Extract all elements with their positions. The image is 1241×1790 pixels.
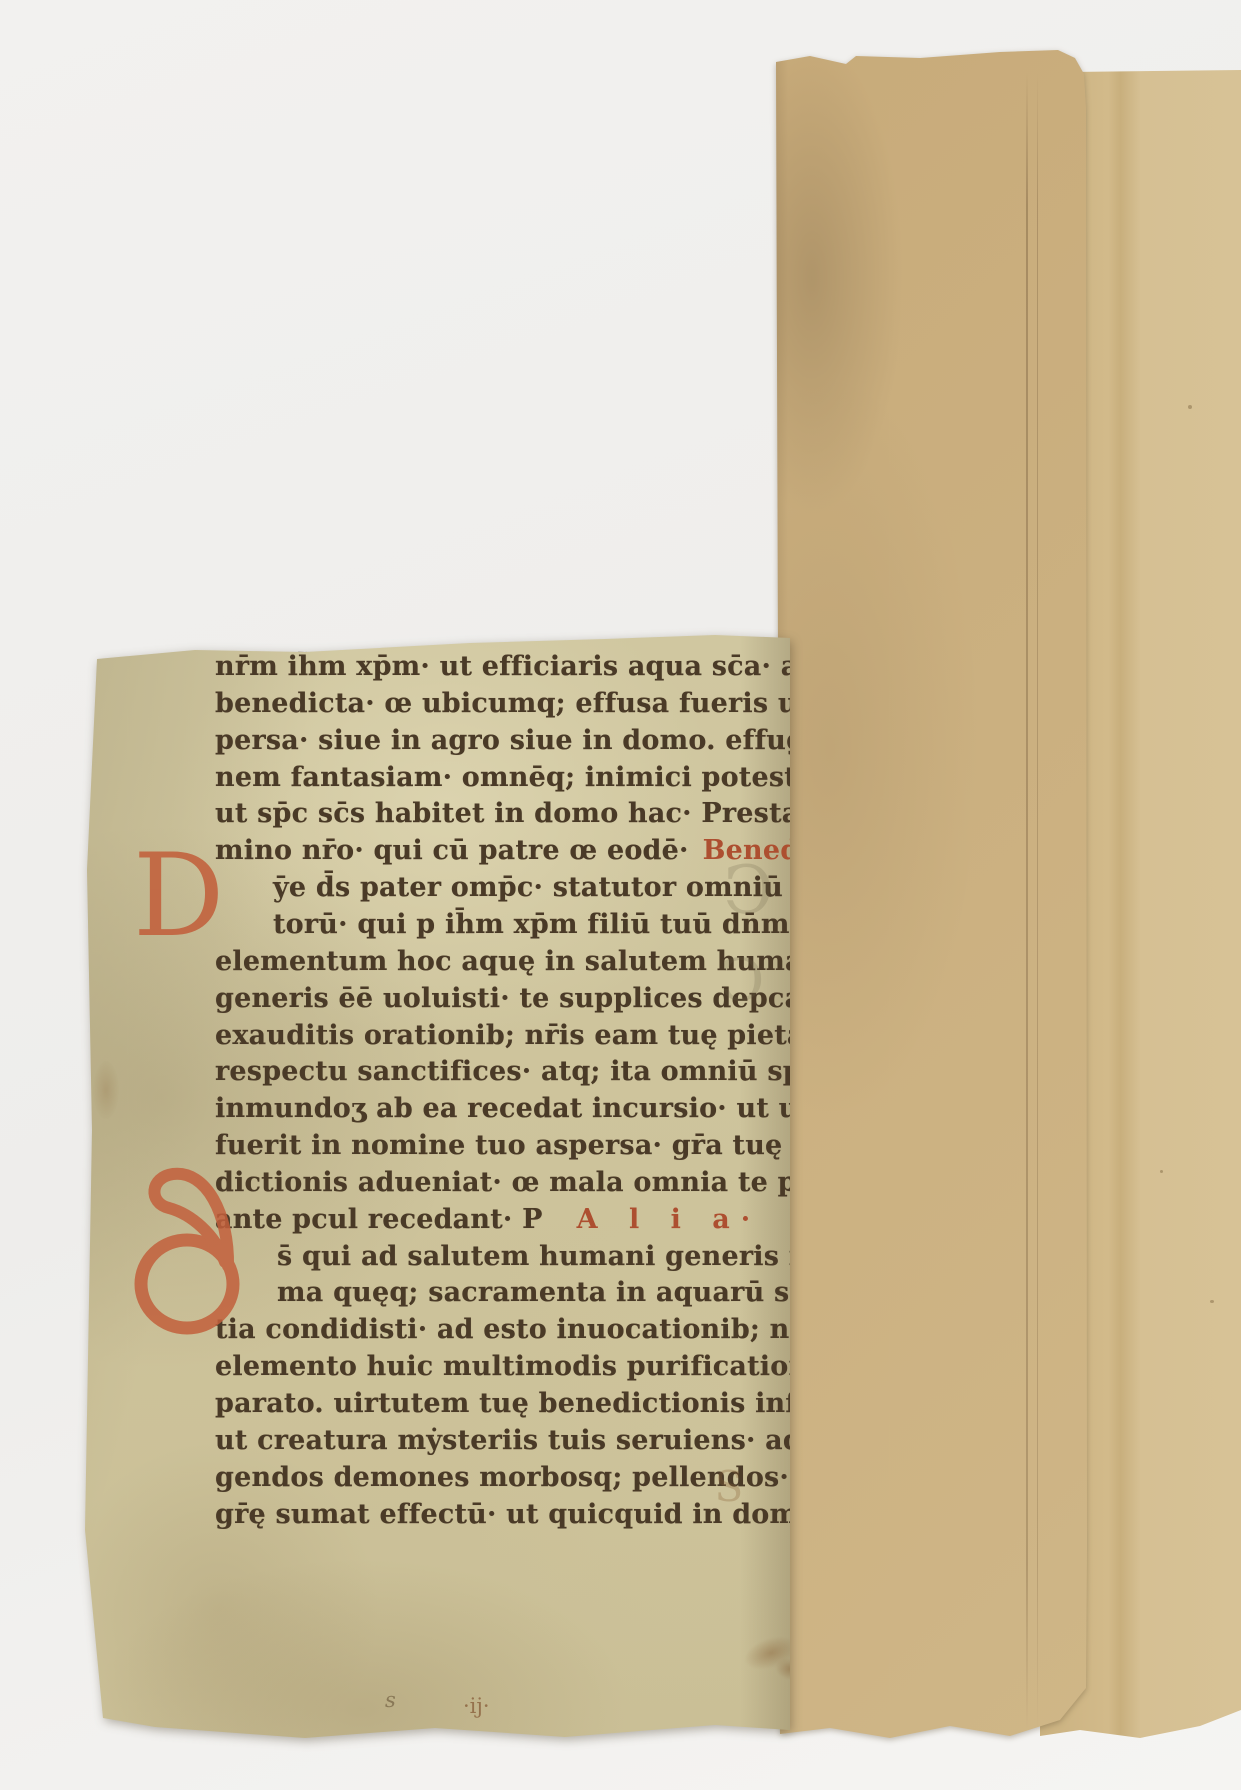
text-line: nr̄m ih̄m xp̄m· ut efficiaris aqua sc̄a·…	[215, 652, 855, 682]
text-line: parato. uirtutem tuę benedictionis infun…	[215, 1389, 883, 1419]
line-text: s̄ qui ad salutem humani generis maxi	[277, 1241, 862, 1272]
parchment-leaf: nr̄m ih̄m xp̄m· ut efficiaris aqua sc̄a·…	[75, 630, 790, 1742]
line-text: ante pcul recedant· P	[215, 1204, 543, 1235]
line-text: torū· qui p ih̄m xp̄m filiū tuū dn̄m nr̄…	[273, 909, 862, 940]
line-text: benedicta· œ ubicumq; effusa fueris ut a…	[215, 688, 853, 719]
text-line: gr̄ę sumat effectū· ut quicquid in domib…	[215, 1500, 863, 1530]
line-text: parato. uirtutem tuę benedictionis infun…	[215, 1388, 883, 1419]
text-line: s̄ qui ad salutem humani generis maxi	[277, 1242, 862, 1272]
initial-D-uncial	[107, 1158, 257, 1338]
line-text: mino nr̄o· qui cū patre œ eodē·	[215, 835, 689, 866]
text-line: benedicta· œ ubicumq; effusa fueris ut a…	[215, 689, 853, 719]
photo-backdrop: nr̄m ih̄m xp̄m· ut efficiaris aqua sc̄a·…	[0, 0, 1241, 1790]
quire-letter: s	[385, 1688, 396, 1712]
text-line: ut creatura mẏsteriis tuis seruiens· ad …	[215, 1426, 859, 1456]
line-text: nr̄m ih̄m xp̄m· ut efficiaris aqua sc̄a·…	[215, 651, 855, 682]
paper-crease	[1026, 72, 1028, 1728]
text-line: dictionis adueniat· œ mala omnia te ppit…	[215, 1168, 849, 1198]
guard-paper	[770, 48, 1088, 1740]
text-line: tia condidisti· ad esto inuocationib; nr…	[215, 1315, 877, 1345]
paper-fleck	[1188, 405, 1192, 409]
rubric-alia: A l i a·	[577, 1204, 762, 1235]
text-line: ante pcul recedant· PA l i a·	[215, 1205, 761, 1235]
ink-offset-ghost: C	[720, 946, 764, 1014]
folio-mark: ·ij·	[463, 1694, 490, 1718]
line-text: exauditis orationib; nr̄is eam tuę pieta…	[215, 1020, 843, 1051]
paper-crease	[1037, 72, 1038, 1728]
text-line: generis ēē uoluisti· te supplices depcam…	[215, 984, 883, 1014]
line-text: nem fantasiam· omnēq; inimici potestatē·	[215, 762, 854, 793]
text-line: respectu sanctifices· atq; ita omniū spi…	[215, 1057, 889, 1087]
text-line: exauditis orationib; nr̄is eam tuę pieta…	[215, 1021, 843, 1051]
line-text: gr̄ę sumat effectū· ut quicquid in domib…	[215, 1499, 863, 1530]
ink-offset-ghost: Ƨ	[715, 1462, 744, 1511]
line-text: ut creatura mẏsteriis tuis seruiens· ad …	[215, 1425, 859, 1456]
text-line: torū· qui p ih̄m xp̄m filiū tuū dn̄m nr̄…	[273, 910, 862, 940]
paper-fleck	[1160, 1170, 1163, 1173]
text-line: fuerit in nomine tuo aspersa· gr̄a tuę b…	[215, 1131, 866, 1161]
initial-D-capital: D	[133, 846, 224, 946]
paper-fleck	[1210, 1300, 1214, 1303]
line-text: generis ēē uoluisti· te supplices depcam…	[215, 983, 883, 1014]
line-text: respectu sanctifices· atq; ita omniū spi…	[215, 1056, 889, 1087]
line-text: fuerit in nomine tuo aspersa· gr̄a tuę b…	[215, 1130, 866, 1161]
text-line: nem fantasiam· omnēq; inimici potestatē·	[215, 763, 854, 793]
line-text: tia condidisti· ad esto inuocationib; nr…	[215, 1314, 877, 1345]
line-text: dictionis adueniat· œ mala omnia te ppit…	[215, 1167, 849, 1198]
ink-offset-ghost: C	[723, 852, 774, 929]
